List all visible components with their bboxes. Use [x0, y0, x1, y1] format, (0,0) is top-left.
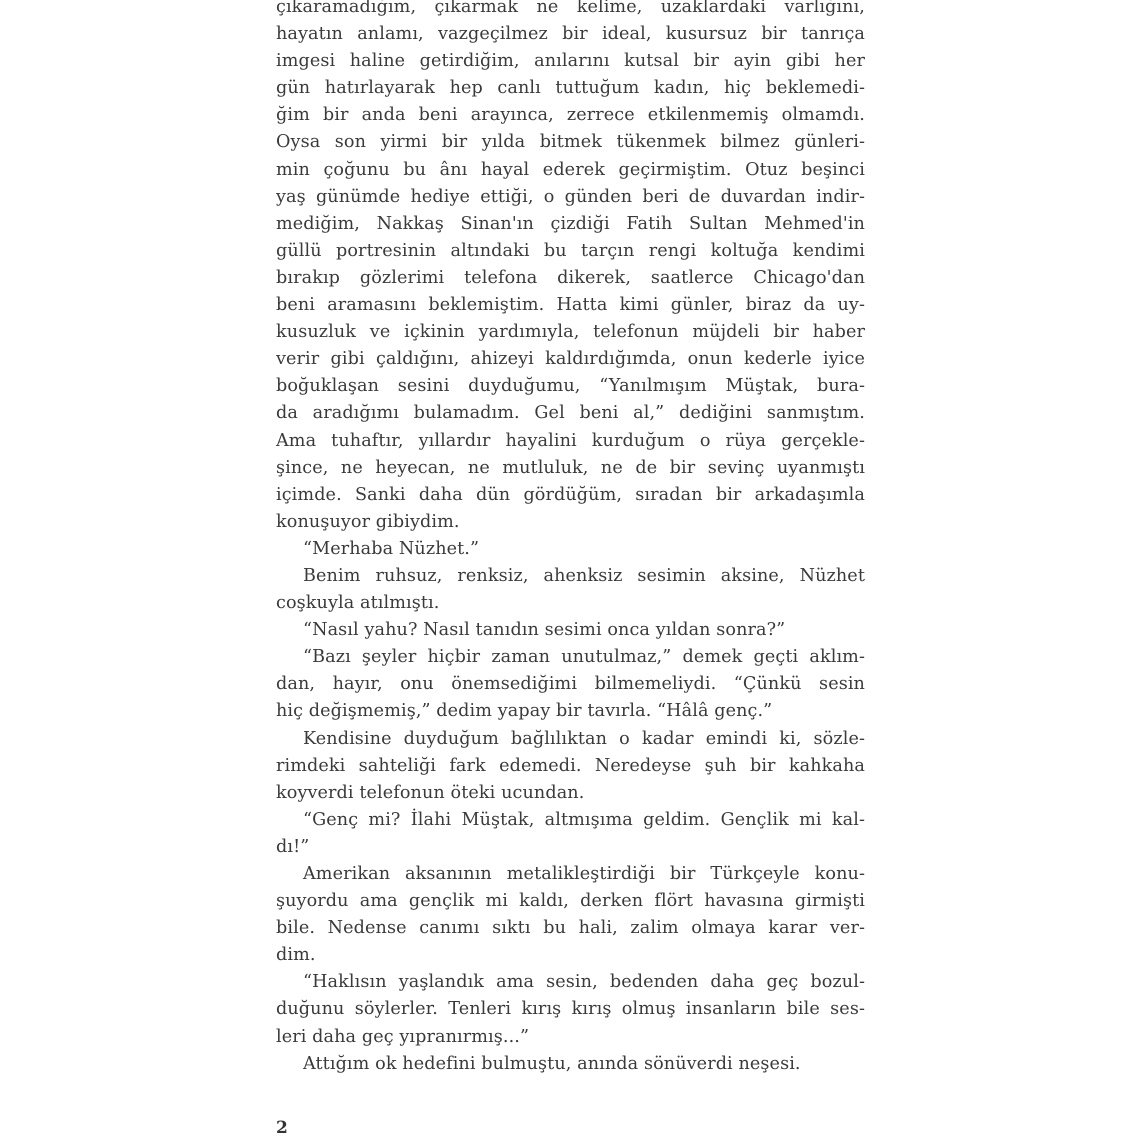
text-line: Kendisine duyduğum bağlılıktan o kadar e… [276, 726, 865, 753]
text-line: çıkaramadığım, çıkarmak ne kelime, uzakl… [276, 0, 865, 21]
text-line: “Haklısın yaşlandık ama sesin, bedenden … [276, 969, 865, 996]
text-line: Ama tuhaftır, yıllardır hayalini kurduğu… [276, 428, 865, 455]
text-line: Attığım ok hedefini bulmuştu, anında sön… [276, 1051, 865, 1078]
text-line: coşkuyla atılmıştı. [276, 590, 865, 617]
text-line: “Bazı şeyler hiçbir zaman unutulmaz,” de… [276, 644, 865, 671]
text-line: Benim ruhsuz, renksiz, ahenksiz sesimin … [276, 563, 865, 590]
text-line: hayatın anlamı, vazgeçilmez bir ideal, k… [276, 21, 865, 48]
text-line: bile. Nedense canımı sıktı bu hali, zali… [276, 915, 865, 942]
text-line: Amerikan aksanının metalikleştirdiği bir… [276, 861, 865, 888]
text-line: duğunu söylerler. Tenleri kırış kırış ol… [276, 996, 865, 1023]
text-line: mediğim, Nakkaş Sinan'ın çizdiği Fatih S… [276, 211, 865, 238]
text-line: yaş günümde hediye ettiği, o günden beri… [276, 184, 865, 211]
text-line: “Nasıl yahu? Nasıl tanıdın sesimi onca y… [276, 617, 865, 644]
text-line: gün hatırlayarak hep canlı tuttuğum kadı… [276, 75, 865, 102]
text-line: hiç değişmemiş,” dedim yapay bir tavırla… [276, 698, 865, 725]
text-line: “Merhaba Nüzhet.” [276, 536, 865, 563]
text-line: şince, ne heyecan, ne mutluluk, ne de bi… [276, 455, 865, 482]
text-line: min çoğunu bu ânı hayal ederek geçirmişt… [276, 157, 865, 184]
text-line: koyverdi telefonun öteki ucundan. [276, 780, 865, 807]
text-line: dan, hayır, onu önemsediğimi bilmemeliyd… [276, 671, 865, 698]
text-line: bırakıp gözlerimi telefona dikerek, saat… [276, 265, 865, 292]
text-line: şuyordu ama gençlik mi kaldı, derken flö… [276, 888, 865, 915]
page-number: 2 [276, 1118, 288, 1138]
text-line: konuşuyor gibiydim. [276, 509, 865, 536]
text-line: kusuzluk ve içkinin yardımıyla, telefonu… [276, 319, 865, 346]
text-line: ğim bir anda beni arayınca, zerrece etki… [276, 102, 865, 129]
book-page-text: çıkaramadığım, çıkarmak ne kelime, uzakl… [276, 0, 865, 1078]
text-line: güllü portresinin altındaki bu tarçın re… [276, 238, 865, 265]
text-line: beni aramasını beklemiştim. Hatta kimi g… [276, 292, 865, 319]
text-line: imgesi haline getirdiğim, anılarını kuts… [276, 48, 865, 75]
text-line: verir gibi çaldığını, ahizeyi kaldırdığı… [276, 346, 865, 373]
text-line: leri daha geç yıpranırmış...” [276, 1024, 865, 1051]
text-line: dim. [276, 942, 865, 969]
text-line: Oysa son yirmi bir yılda bitmek tükenmek… [276, 129, 865, 156]
text-line: içimde. Sanki daha dün gördüğüm, sıradan… [276, 482, 865, 509]
text-line: rimdeki sahteliği fark edemedi. Neredeys… [276, 753, 865, 780]
text-line: boğuklaşan sesini duyduğumu, “Yanılmışım… [276, 373, 865, 400]
text-line: dı!” [276, 834, 865, 861]
text-line: da aradığımı bulamadım. Gel beni al,” de… [276, 400, 865, 427]
text-line: “Genç mi? İlahi Müştak, altmışıma geldim… [276, 807, 865, 834]
